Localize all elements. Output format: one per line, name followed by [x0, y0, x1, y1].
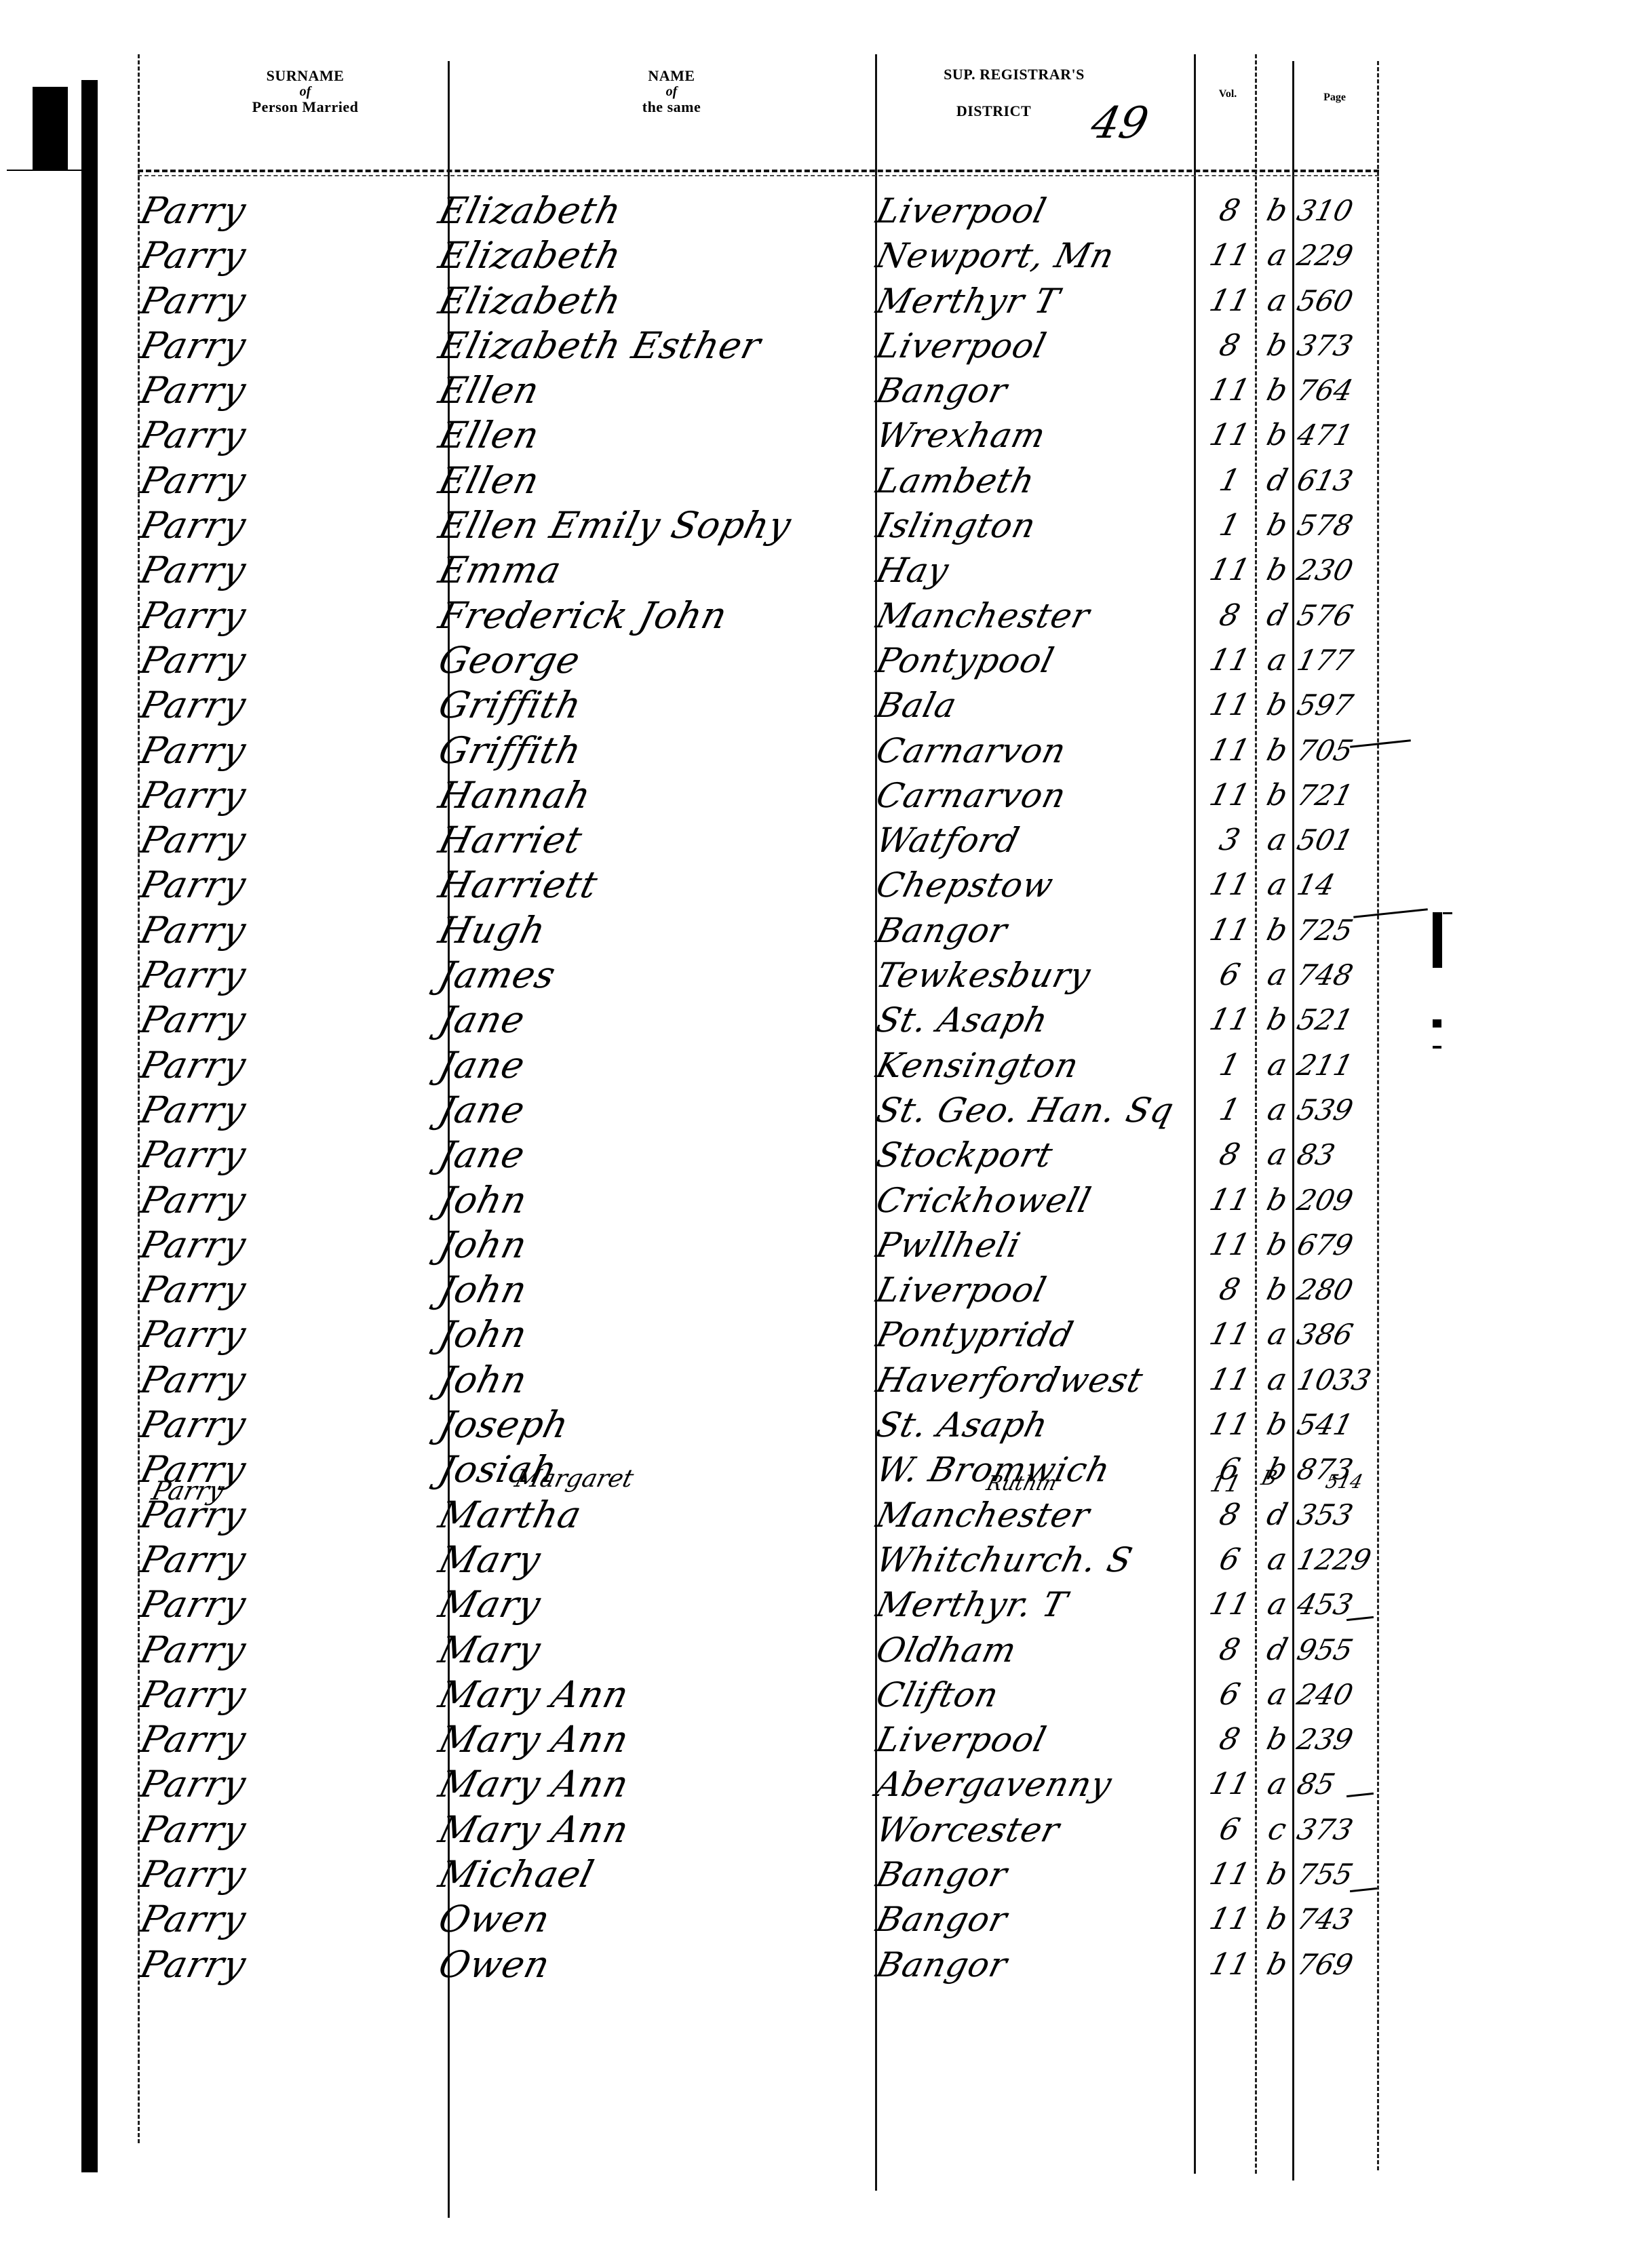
table-row: ParryGriffithBala11b597 — [0, 683, 1628, 728]
table-row: ParryJaneStockport8a83 — [0, 1133, 1628, 1177]
district-cell: Tewkesbury — [872, 953, 1096, 998]
district-cell: Bangor — [872, 1942, 1012, 1987]
district-cell: Islington — [872, 503, 1041, 548]
table-row: ParryJaneSt. Geo. Han. Sq1a539 — [0, 1088, 1628, 1133]
surname-cell: Parry — [136, 1852, 251, 1897]
table-row: ParryGeorgePontypool11a177 — [0, 638, 1628, 683]
district-cell: Worcester — [872, 1807, 1064, 1852]
header-name-sub: the same — [583, 99, 760, 115]
page-cell: 373 — [1292, 324, 1358, 368]
name-cell: Ellen Emily Sophy — [434, 503, 796, 548]
table-row: ParryJaneKensington1a211 — [0, 1043, 1628, 1088]
name-cell: Mary Ann — [434, 1807, 634, 1852]
table-row: ParryEmmaHay11b230 — [0, 548, 1628, 593]
district-cell: Manchester — [872, 1493, 1095, 1538]
vol-cell: 11 — [1204, 1403, 1256, 1447]
vol-sub-cell: b — [1258, 189, 1296, 233]
name-cell: Owen — [434, 1897, 555, 1942]
district-cell: Liverpool — [872, 324, 1051, 368]
table-row: ParryGriffithCarnarvon11b705 — [0, 728, 1628, 773]
district-cell: Clifton — [872, 1673, 1004, 1717]
vol-sub-cell: d — [1258, 458, 1296, 503]
name-cell: Elizabeth — [434, 233, 626, 278]
page-cell: 229 — [1292, 233, 1358, 278]
vol-sub-cell: a — [1258, 1312, 1296, 1357]
district-cell: Abergavenny — [872, 1762, 1117, 1807]
table-row: ParryMarthaManchester8d353 — [0, 1493, 1628, 1538]
name-cell: Ellen — [434, 413, 544, 458]
district-number: 49 — [1087, 98, 1152, 149]
district-cell: Carnarvon — [872, 728, 1071, 773]
name-cell: John — [434, 1358, 532, 1403]
district-cell: Bangor — [872, 1897, 1012, 1942]
vol-cell: 11 — [1204, 1852, 1256, 1897]
vol-sub-cell: b — [1258, 1178, 1296, 1223]
page-cell: 240 — [1292, 1673, 1358, 1717]
district-cell: Manchester — [872, 593, 1095, 638]
vol-sub-cell: b — [1258, 548, 1296, 593]
vol-sub-cell: b — [1258, 683, 1296, 728]
scan-margin-mark — [1433, 1046, 1441, 1049]
header-name-title: NAME — [583, 68, 760, 84]
table-row: ParryMary AnnAbergavenny11a85 — [0, 1762, 1628, 1807]
vol-cell: 1 — [1204, 1088, 1256, 1133]
district-cell: Bangor — [872, 908, 1012, 953]
table-row: ParryEllen Emily SophyIslington1b578 — [0, 503, 1628, 548]
vol-cell: 11 — [1204, 548, 1256, 593]
district-cell: Pwllheli — [872, 1223, 1026, 1268]
vol-sub-cell: a — [1258, 863, 1296, 907]
name-cell: Martha — [434, 1493, 586, 1538]
name-cell: Harriett — [434, 863, 602, 907]
vol-cell: 11 — [1204, 728, 1256, 773]
table-row: ParryMary AnnLiverpool8b239 — [0, 1717, 1628, 1762]
vol-sub-cell: b — [1258, 728, 1296, 773]
name-cell: Jane — [434, 1088, 530, 1133]
vol-cell: 8 — [1204, 1133, 1256, 1177]
vol-sub-cell: a — [1258, 1133, 1296, 1177]
name-cell: Elizabeth — [434, 279, 626, 324]
page-cell: 679 — [1292, 1223, 1358, 1268]
page-cell: 83 — [1292, 1133, 1340, 1177]
page-cell: 280 — [1292, 1268, 1358, 1312]
table-row: ParryMichaelBangor11b755 — [0, 1852, 1628, 1897]
surname-cell: Parry — [136, 279, 251, 324]
name-cell: Jane — [434, 998, 530, 1042]
vol-cell: 11 — [1204, 413, 1256, 458]
name-cell: Mary Ann — [434, 1717, 634, 1762]
table-row: ParryJohnLiverpool8b280 — [0, 1268, 1628, 1312]
vol-sub-cell: a — [1258, 1043, 1296, 1088]
district-cell: Oldham — [872, 1628, 1022, 1673]
vol-sub-cell: b — [1258, 1897, 1296, 1942]
vol-sub-cell: b — [1258, 413, 1296, 458]
table-row: ParryMaryOldham8d955 — [0, 1628, 1628, 1673]
name-cell: Mary Ann — [434, 1673, 634, 1717]
vol-cell: 11 — [1204, 1942, 1256, 1987]
page-cell: 541 — [1292, 1403, 1358, 1447]
district-cell: St. Geo. Han. Sq — [872, 1088, 1179, 1133]
table-row: ParryEllenLambeth1d613 — [0, 458, 1628, 503]
vol-sub-cell: d — [1258, 1493, 1296, 1538]
district-cell: Newport, Mn — [872, 233, 1119, 278]
page-cell: 613 — [1292, 458, 1358, 503]
name-cell: Ellen — [434, 458, 544, 503]
surname-cell: Parry — [136, 548, 251, 593]
table-row: ParryElizabethNewport, Mn11a229 — [0, 233, 1628, 278]
name-cell: Jane — [434, 1043, 530, 1088]
district-cell: Liverpool — [872, 189, 1051, 233]
district-cell: Crickhowell — [872, 1178, 1096, 1223]
surname-cell: Parry — [136, 908, 251, 953]
surname-cell: Parry — [136, 593, 251, 638]
surname-cell: Parry — [136, 1628, 251, 1673]
name-cell: John — [434, 1312, 532, 1357]
table-row: ParryJohnCrickhowell11b209 — [0, 1178, 1628, 1223]
district-cell: Stockport — [872, 1133, 1058, 1177]
surname-cell: Parry — [136, 1942, 251, 1987]
surname-cell: Parry — [136, 1133, 251, 1177]
vol-cell: 8 — [1204, 1628, 1256, 1673]
vol-cell: 11 — [1204, 1312, 1256, 1357]
table-row: ParryFrederick JohnManchester8d576 — [0, 593, 1628, 638]
table-row: ParryMaryWhitchurch. S6a1229 — [0, 1538, 1628, 1582]
surname-cell: Parry — [136, 233, 251, 278]
page-cell: 705 — [1292, 728, 1358, 773]
surname-cell: Parry — [136, 1043, 251, 1088]
vol-sub-cell: b — [1258, 324, 1296, 368]
header-page: Page — [1296, 92, 1374, 104]
page-cell: 177 — [1292, 638, 1358, 683]
surname-cell: Parry — [136, 1403, 251, 1447]
surname-cell: Parry — [136, 818, 251, 863]
annotation-district: Ruthin — [984, 1472, 1060, 1495]
surname-cell: Parry — [136, 1312, 251, 1357]
page-cell: 578 — [1292, 503, 1358, 548]
name-cell: Owen — [434, 1942, 555, 1987]
page-cell: 725 — [1292, 908, 1358, 953]
surname-cell: Parry — [136, 1762, 251, 1807]
table-row: ParryOwenBangor11b769 — [0, 1942, 1628, 1987]
district-cell: St. Asaph — [872, 998, 1053, 1042]
vol-cell: 11 — [1204, 1897, 1256, 1942]
name-cell: Elizabeth — [434, 189, 626, 233]
page-cell: 539 — [1292, 1088, 1358, 1133]
vol-cell: 11 — [1204, 773, 1256, 818]
page-cell: 1229 — [1292, 1538, 1376, 1582]
page-cell: 955 — [1292, 1628, 1358, 1673]
register-entries: ParryElizabethLiverpool8b310 ParryElizab… — [0, 189, 1628, 1987]
header-surname-sub: Person Married — [203, 99, 407, 115]
table-row: ParryMary AnnClifton6a240 — [0, 1673, 1628, 1717]
page-cell: 764 — [1292, 368, 1358, 413]
name-cell: George — [434, 638, 585, 683]
district-cell: Pontypool — [872, 638, 1059, 683]
page-cell: 755 — [1292, 1852, 1358, 1897]
vol-cell: 11 — [1204, 1582, 1256, 1627]
name-cell: Hannah — [434, 773, 596, 818]
vol-sub-cell: a — [1258, 233, 1296, 278]
vol-cell: 6 — [1204, 953, 1256, 998]
vol-sub-cell: a — [1258, 1762, 1296, 1807]
surname-cell: Parry — [136, 1178, 251, 1223]
page-cell: 471 — [1292, 413, 1358, 458]
vol-cell: 11 — [1204, 638, 1256, 683]
table-row: ParryHarriettChepstow11a14 — [0, 863, 1628, 907]
vol-sub-cell: a — [1258, 1673, 1296, 1717]
district-cell: Lambeth — [872, 458, 1040, 503]
header-surname: SURNAME of Person Married — [203, 68, 407, 115]
page-cell: 597 — [1292, 683, 1358, 728]
page-cell: 748 — [1292, 953, 1358, 998]
surname-cell: Parry — [136, 368, 251, 413]
name-cell: John — [434, 1178, 532, 1223]
vol-cell: 11 — [1204, 998, 1256, 1042]
district-cell: Hay — [872, 548, 954, 593]
surname-cell: Parry — [136, 1223, 251, 1268]
page-cell: 721 — [1292, 773, 1358, 818]
vol-sub-cell: a — [1258, 1358, 1296, 1403]
vol-cell: 11 — [1204, 1762, 1256, 1807]
surname-cell: Parry — [136, 1358, 251, 1403]
surname-cell: Parry — [136, 1582, 251, 1627]
table-row: ParryHarrietWatford3a501 — [0, 818, 1628, 863]
vol-sub-cell: b — [1258, 998, 1296, 1042]
district-cell: Pontypridd — [872, 1312, 1079, 1357]
district-cell: Whitchurch. S — [872, 1538, 1138, 1582]
page-cell: 239 — [1292, 1717, 1358, 1762]
vol-sub-cell: b — [1258, 1717, 1296, 1762]
header-rule — [138, 170, 1379, 172]
surname-cell: Parry — [136, 189, 251, 233]
page-cell: 373 — [1292, 1807, 1358, 1852]
vol-cell: 11 — [1204, 683, 1256, 728]
vol-cell: 6 — [1204, 1807, 1256, 1852]
annotation-page: 514 — [1323, 1470, 1365, 1493]
name-cell: John — [434, 1268, 532, 1312]
vol-sub-cell: a — [1258, 638, 1296, 683]
table-row: ParryJohnPwllheli11b679 — [0, 1223, 1628, 1268]
district-cell: Carnarvon — [872, 773, 1071, 818]
vol-sub-cell: b — [1258, 773, 1296, 818]
district-cell: St. Asaph — [872, 1403, 1053, 1447]
vol-sub-cell: a — [1258, 953, 1296, 998]
surname-cell: Parry — [136, 1268, 251, 1312]
vol-cell: 11 — [1204, 1178, 1256, 1223]
header-district-sub: DISTRICT — [902, 103, 1085, 119]
district-cell: Liverpool — [872, 1268, 1051, 1312]
vol-cell: 11 — [1204, 279, 1256, 324]
vol-sub-cell: b — [1258, 1223, 1296, 1268]
table-row: ParryJohnPontypridd11a386 — [0, 1312, 1628, 1357]
surname-cell: Parry — [136, 728, 251, 773]
surname-cell: Parry — [136, 1538, 251, 1582]
name-cell: Griffith — [434, 728, 586, 773]
name-cell: Griffith — [434, 683, 586, 728]
vol-sub-cell: b — [1258, 368, 1296, 413]
page-cell: 576 — [1292, 593, 1358, 638]
vol-sub-cell: a — [1258, 818, 1296, 863]
name-cell: John — [434, 1223, 532, 1268]
table-row: ParryJosephSt. Asaph11b541 — [0, 1403, 1628, 1447]
name-cell: Frederick John — [434, 593, 732, 638]
page-cell: 14 — [1292, 863, 1340, 907]
header-surname-title: SURNAME — [203, 68, 407, 84]
vol-cell: 6 — [1204, 1538, 1256, 1582]
name-cell: Hugh — [434, 908, 551, 953]
table-row: ParryJohnHaverfordwest11a1033 — [0, 1358, 1628, 1403]
vol-sub-cell: a — [1258, 1088, 1296, 1133]
header-name-of: of — [583, 84, 760, 99]
annotation-surname: Parry — [149, 1476, 227, 1506]
vol-sub-cell: b — [1258, 503, 1296, 548]
vol-cell: 11 — [1204, 908, 1256, 953]
table-row: ParryEllenWrexham11b471 — [0, 413, 1628, 458]
name-cell: Jane — [434, 1133, 530, 1177]
surname-cell: Parry — [136, 998, 251, 1042]
page-cell: 1033 — [1292, 1358, 1376, 1403]
surname-cell: Parry — [136, 1673, 251, 1717]
surname-cell: Parry — [136, 458, 251, 503]
name-cell: Mary — [434, 1628, 545, 1673]
scan-margin-mark — [1433, 912, 1442, 968]
district-cell: Haverfordwest — [872, 1358, 1148, 1403]
surname-cell: Parry — [136, 1897, 251, 1942]
table-row: ParryMaryMerthyr. T11a453 — [0, 1582, 1628, 1627]
table-row: ParryJosiahW. Bromwich6b873 — [0, 1447, 1628, 1492]
header-name: NAME of the same — [583, 68, 760, 115]
header-rule-secondary — [138, 175, 1379, 176]
vol-sub-cell: a — [1258, 279, 1296, 324]
vol-cell: 8 — [1204, 1268, 1256, 1312]
vol-cell: 11 — [1204, 863, 1256, 907]
surname-cell: Parry — [136, 773, 251, 818]
page-cell: 230 — [1292, 548, 1358, 593]
page-cell: 209 — [1292, 1178, 1358, 1223]
page-cell: 386 — [1292, 1312, 1358, 1357]
district-cell: Merthyr T — [872, 279, 1064, 324]
vol-cell: 11 — [1204, 368, 1256, 413]
vol-cell: 3 — [1204, 818, 1256, 863]
district-cell: Liverpool — [872, 1717, 1051, 1762]
page-cell: 211 — [1292, 1043, 1358, 1088]
vol-cell: 11 — [1204, 233, 1256, 278]
name-cell: Ellen — [434, 368, 544, 413]
vol-cell: 1 — [1204, 503, 1256, 548]
table-row: ParryHannahCarnarvon11b721 — [0, 773, 1628, 818]
surname-cell: Parry — [136, 638, 251, 683]
surname-cell: Parry — [136, 1088, 251, 1133]
vol-cell: 8 — [1204, 324, 1256, 368]
district-cell: Wrexham — [872, 413, 1051, 458]
surname-cell: Parry — [136, 324, 251, 368]
page-cell: 85 — [1292, 1762, 1340, 1807]
district-cell: Bala — [872, 683, 962, 728]
vol-cell: 8 — [1204, 189, 1256, 233]
annotation-name: Margaret — [512, 1465, 636, 1493]
table-row: ParryJaneSt. Asaph11b521 — [0, 998, 1628, 1042]
header-surname-of: of — [203, 84, 407, 99]
vol-cell: 11 — [1204, 1223, 1256, 1268]
district-cell: Watford — [872, 818, 1024, 863]
vol-cell: 8 — [1204, 1493, 1256, 1538]
vol-cell: 6 — [1204, 1673, 1256, 1717]
vol-sub-cell: d — [1258, 1628, 1296, 1673]
vol-cell: 1 — [1204, 458, 1256, 503]
vol-cell: 11 — [1204, 1358, 1256, 1403]
page-cell: 560 — [1292, 279, 1358, 324]
scan-edge-line — [7, 170, 81, 171]
district-cell: Kensington — [872, 1043, 1084, 1088]
vol-sub-cell: d — [1258, 593, 1296, 638]
name-cell: Michael — [434, 1852, 598, 1897]
vol-sub-cell: b — [1258, 1403, 1296, 1447]
table-row: ParryJamesTewkesbury6a748 — [0, 953, 1628, 998]
vol-cell: 1 — [1204, 1043, 1256, 1088]
page-cell: 353 — [1292, 1493, 1358, 1538]
page-cell: 521 — [1292, 998, 1358, 1042]
page-cell: 769 — [1292, 1942, 1358, 1987]
district-cell: Chepstow — [872, 863, 1058, 907]
page-cell: 501 — [1292, 818, 1358, 863]
name-cell: Harriet — [434, 818, 587, 863]
name-cell: Joseph — [434, 1403, 574, 1447]
header-district-title: SUP. REGISTRAR'S — [902, 66, 1126, 83]
district-cell: Bangor — [872, 368, 1012, 413]
table-row: ParryElizabeth EstherLiverpool8b373 — [0, 324, 1628, 368]
surname-cell: Parry — [136, 1717, 251, 1762]
district-cell: Bangor — [872, 1852, 1012, 1897]
name-cell: Mary — [434, 1582, 545, 1627]
name-cell: James — [434, 953, 560, 998]
table-row: ParryElizabethLiverpool8b310 — [0, 189, 1628, 233]
vol-sub-cell: b — [1258, 1268, 1296, 1312]
vol-sub-cell: a — [1258, 1538, 1296, 1582]
name-cell: Mary Ann — [434, 1762, 634, 1807]
vol-cell: 8 — [1204, 1717, 1256, 1762]
scan-margin-block — [33, 87, 68, 170]
name-cell: Mary — [434, 1538, 545, 1582]
surname-cell: Parry — [136, 863, 251, 907]
vol-sub-cell: a — [1258, 1582, 1296, 1627]
vol-sub-cell: b — [1258, 908, 1296, 953]
page-cell: 743 — [1292, 1897, 1358, 1942]
surname-cell: Parry — [136, 953, 251, 998]
surname-cell: Parry — [136, 683, 251, 728]
vol-sub-cell: b — [1258, 1942, 1296, 1987]
scan-margin-mark — [1443, 912, 1452, 914]
header-district: SUP. REGISTRAR'S DISTRICT — [902, 66, 1126, 119]
table-row: ParryElizabethMerthyr T11a560 — [0, 279, 1628, 324]
header-vol: Vol. — [1197, 88, 1258, 100]
vol-sub-cell: b — [1258, 1852, 1296, 1897]
vol-sub-cell: c — [1258, 1807, 1296, 1852]
surname-cell: Parry — [136, 1807, 251, 1852]
vol-cell: 8 — [1204, 593, 1256, 638]
page-cell: 310 — [1292, 189, 1358, 233]
district-cell: Merthyr. T — [872, 1582, 1072, 1627]
table-row: ParryEllenBangor11b764 — [0, 368, 1628, 413]
table-row: ParryOwenBangor11b743 — [0, 1897, 1628, 1942]
scan-margin-mark — [1433, 1019, 1441, 1028]
surname-cell: Parry — [136, 503, 251, 548]
table-row: ParryMary AnnWorcester6c373 — [0, 1807, 1628, 1852]
name-cell: Elizabeth Esther — [434, 324, 766, 368]
surname-cell: Parry — [136, 413, 251, 458]
name-cell: Emma — [434, 548, 566, 593]
